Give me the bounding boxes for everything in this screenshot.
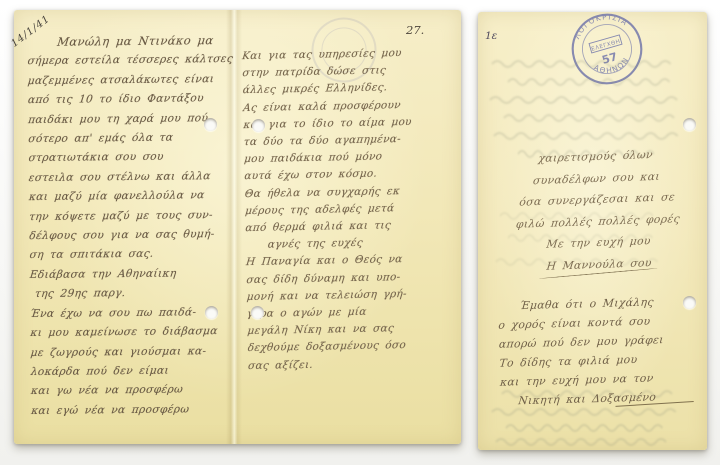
handwritten-line: εστειλα σου στέλνω και άλλα	[28, 167, 235, 189]
handwritten-line: και εγώ νέα να προσφέρω	[30, 400, 237, 422]
right-letter-sheet: 1ε ΛΟΓΟΚΡΙΣΙΑ ΑΘΗΝΩΝ ΕΛΕΓΧΘΗ 57	[478, 12, 707, 450]
handwritten-line: παιδάκι μου τη χαρά μου πού	[27, 109, 234, 131]
handwritten-line: της 29ης παργ.	[29, 283, 236, 305]
punch-hole	[205, 306, 218, 319]
handwritten-line: με ζωγρούς και γιούσμαι κα-	[29, 341, 236, 363]
handwritten-postscript: Έμαθα ότι ο Μιχάλης ο χορός είναι κοντά …	[496, 291, 699, 409]
handwritten-line: σήμερα εστείλα τέσσερες κάλτσες	[26, 50, 233, 72]
svg-text:ΛΟΓΟΚΡΙΣΙΑ: ΛΟΓΟΚΡΙΣΙΑ	[568, 6, 631, 43]
letter-scan: 14/1/41 27. Μανώλη μα Ντινάκο μα σήμερα …	[0, 0, 720, 465]
corner-mark: 1ε	[485, 30, 497, 42]
handwritten-line: και μαζύ μία φανελλούλα να	[28, 186, 235, 208]
left-letter-sheet: 14/1/41 27. Μανώλη μα Ντινάκο μα σήμερα …	[14, 10, 461, 444]
handwritten-line: και γω νέα να προσφέρω	[30, 380, 237, 402]
handwritten-line: στρατιωτάκια σου σου	[27, 147, 234, 169]
handwritten-line: σας αξίζει.	[247, 353, 467, 374]
handwritten-line: από τις 10 το ίδιο Φαντάξου	[27, 89, 234, 111]
censorship-stamp: ΛΟΓΟΚΡΙΣΙΑ ΑΘΗΝΩΝ ΕΛΕΓΧΘΗ 57	[561, 3, 653, 95]
handwritten-column-1: Μανώλη μα Ντινάκο μα σήμερα εστείλα τέσσ…	[26, 31, 235, 421]
handwritten-line: μαζεμμένες ατσαλάκωτες είναι	[27, 70, 234, 92]
punch-hole	[204, 118, 217, 131]
handwritten-line: λοκάρδα πού δεν είμαι	[30, 361, 237, 383]
page-number: 27.	[406, 23, 424, 37]
punch-hole	[683, 296, 696, 309]
handwritten-line: κι μου καμείνωσε το διάβασμα	[29, 322, 236, 344]
handwritten-line: την κόψετε μαζύ με τους συν-	[28, 206, 235, 228]
handwritten-line: ση τα σπιτάκια σας.	[28, 244, 235, 266]
stamp-arc-top-text: ΛΟΓΟΚΡΙΣΙΑ	[568, 6, 631, 43]
punch-hole	[251, 306, 264, 319]
stamp-box-label: ΕΛΕΓΧΘΗ	[591, 39, 622, 53]
handwritten-column-2: Και για τας υπηρεσίες μου στην πατρίδα δ…	[241, 44, 465, 375]
handwritten-line: Εδιάβασα την Αθηναίικη	[29, 264, 236, 286]
punch-hole	[252, 119, 265, 132]
punch-hole	[683, 118, 696, 131]
handwritten-closing: χαιρετισμούς όλων συναδέλφων σου και όσα…	[508, 143, 684, 276]
